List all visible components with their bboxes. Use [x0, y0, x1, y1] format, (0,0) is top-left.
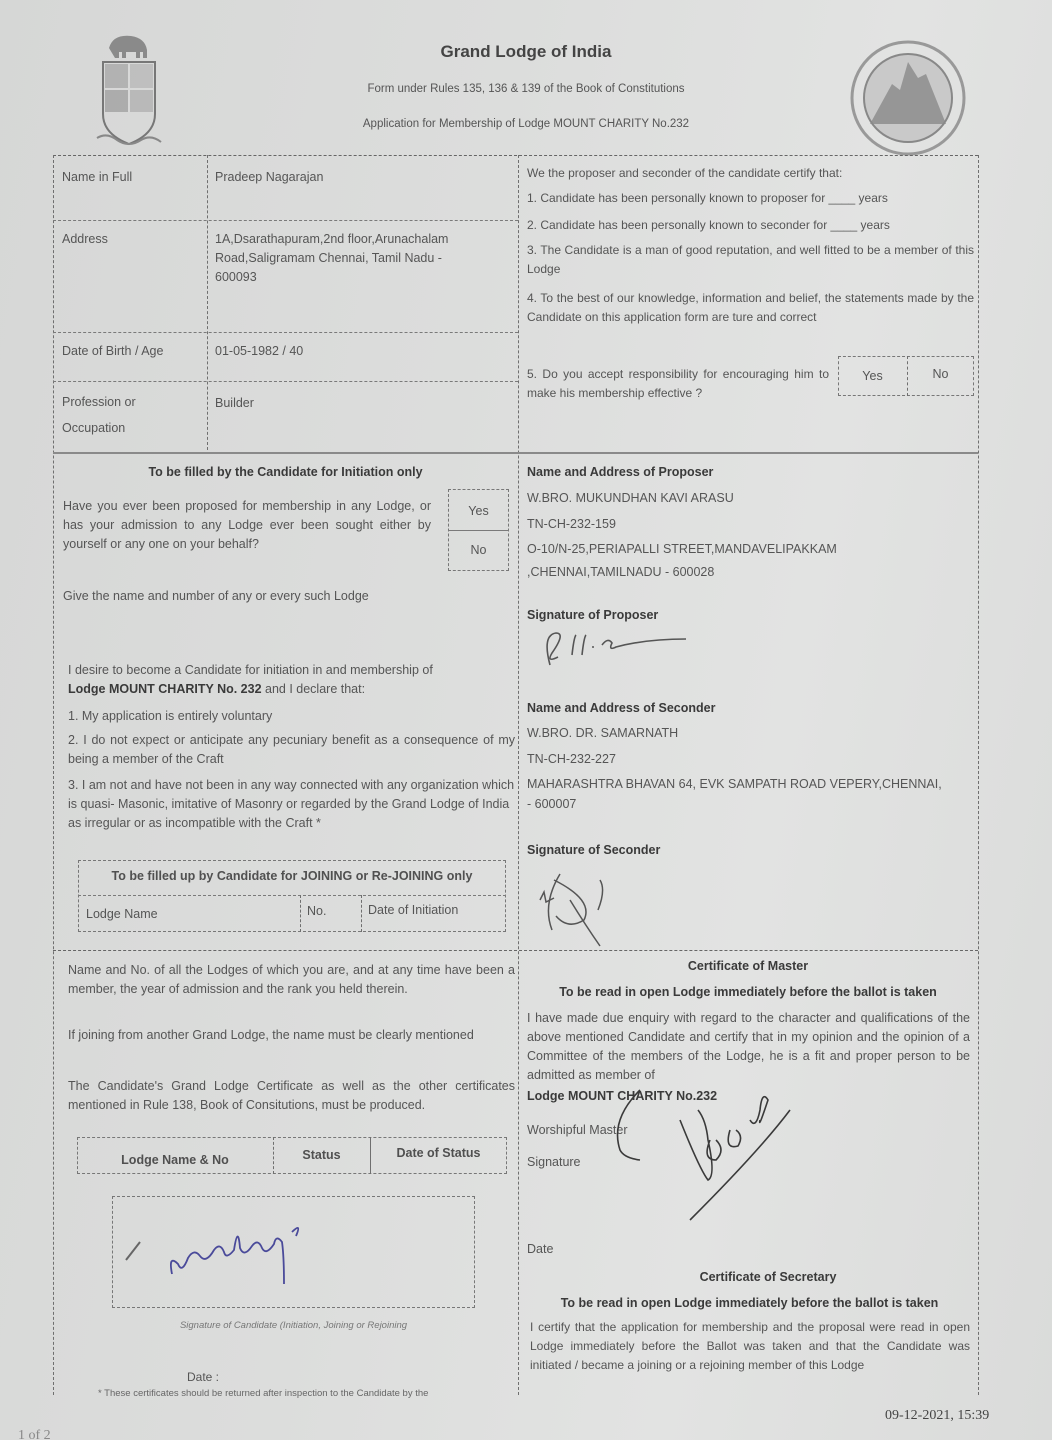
secretary-heading: Certificate of Secretary	[518, 1268, 1018, 1287]
col-date-of-status: Date of Status	[370, 1144, 507, 1163]
candidate-signature-icon	[120, 1210, 340, 1290]
seconder-address-2: - 600007	[527, 795, 576, 814]
proposed-before-question: Have you ever been proposed for membersh…	[63, 497, 431, 554]
master-signature-icon	[600, 1080, 820, 1230]
declaration-2: 2. I do not expect or anticipate any pec…	[68, 731, 515, 769]
candidate-signature-caption: Signature of Candidate (Initiation, Join…	[112, 1316, 475, 1335]
declaration-1: 1. My application is entirely voluntary	[68, 707, 272, 726]
col-lodge-name-no: Lodge Name & No	[77, 1151, 273, 1170]
dob-label: Date of Birth / Age	[62, 342, 163, 361]
seconder-address-1: MAHARASHTRA BHAVAN 64, EVK SAMPATH ROAD …	[527, 775, 942, 794]
proposer-signature-icon	[530, 615, 700, 675]
membership-instructions: Name and No. of all the Lodges of which …	[68, 961, 515, 999]
initiation-heading: To be filled by the Candidate for Initia…	[53, 463, 518, 482]
master-signature-label: Signature	[527, 1153, 581, 1172]
joining-col-lodge-name: Lodge Name	[86, 905, 158, 924]
joining-heading: To be filled up by Candidate for JOINING…	[78, 867, 506, 886]
master-date-label: Date	[527, 1240, 553, 1259]
certify-item-2: 2. Candidate has been personally known t…	[527, 216, 890, 235]
certify-item-3: 3. The Candidate is a man of good reputa…	[527, 241, 974, 279]
col-status: Status	[273, 1146, 370, 1165]
proposed-no-option[interactable]: No	[448, 543, 509, 557]
name-label: Name in Full	[62, 168, 132, 187]
responsibility-yes-option[interactable]: Yes	[838, 369, 907, 383]
master-subheading: To be read in open Lodge immediately bef…	[518, 983, 978, 1002]
certificate-note: The Candidate's Grand Lodge Certificate …	[68, 1077, 515, 1115]
master-body: I have made due enquiry with regard to t…	[527, 1009, 970, 1085]
seconder-signature-icon	[530, 860, 650, 950]
seconder-name: W.BRO. DR. SAMARNATH	[527, 724, 678, 743]
proposer-address-2: ,CHENNAI,TAMILNADU - 600028	[527, 563, 714, 582]
proposer-address-1: O-10/N-25,PERIAPALLI STREET,MANDAVELIPAK…	[527, 540, 837, 559]
print-timestamp: 09-12-2021, 15:39	[885, 1408, 989, 1424]
profession-field[interactable]: Builder	[215, 394, 254, 413]
seconder-signature-label: Signature of Seconder	[527, 841, 660, 860]
name-field[interactable]: Pradeep Nagarajan	[215, 168, 323, 187]
joining-col-date-initiation: Date of Initiation	[368, 901, 458, 920]
mountain-seal-icon	[848, 38, 968, 158]
joining-grand-lodge-note: If joining from another Grand Lodge, the…	[68, 1026, 515, 1045]
profession-label: Profession or	[62, 393, 136, 412]
master-heading: Certificate of Master	[518, 957, 978, 976]
proposed-yes-option[interactable]: Yes	[448, 504, 509, 518]
secretary-subheading: To be read in open Lodge immediately bef…	[527, 1294, 972, 1313]
certify-item-1: 1. Candidate has been personally known t…	[527, 189, 888, 208]
proposer-heading: Name and Address of Proposer	[527, 463, 713, 482]
certify-item-4: 4. To the best of our knowledge, informa…	[527, 289, 974, 327]
declaration-3: 3. I am not and have not been in any way…	[68, 776, 515, 833]
occupation-label: Occupation	[62, 419, 125, 438]
seconder-id: TN-CH-232-227	[527, 750, 616, 769]
responsibility-no-option[interactable]: No	[907, 367, 974, 381]
secretary-body: I certify that the application for membe…	[530, 1318, 970, 1375]
address-label: Address	[62, 230, 108, 249]
page-number: 1 of 2	[18, 1428, 51, 1440]
address-field[interactable]: 1A,Dsarathapuram,2nd floor,Arunachalam R…	[215, 230, 470, 287]
declaration-intro: I desire to become a Candidate for initi…	[68, 661, 515, 699]
proposer-name: W.BRO. MUKUNDHAN KAVI ARASU	[527, 489, 734, 508]
seconder-heading: Name and Address of Seconder	[527, 699, 715, 718]
proposer-id: TN-CH-232-159	[527, 515, 616, 534]
footnote: * These certificates should be returned …	[98, 1384, 428, 1403]
certify-intro: We the proposer and seconder of the cand…	[527, 164, 842, 183]
give-lodge-name-label: Give the name and number of any or every…	[63, 587, 369, 606]
joining-col-no: No.	[307, 902, 326, 921]
certify-item-5: 5. Do you accept responsibility for enco…	[527, 365, 829, 403]
dob-field[interactable]: 01-05-1982 / 40	[215, 342, 303, 361]
